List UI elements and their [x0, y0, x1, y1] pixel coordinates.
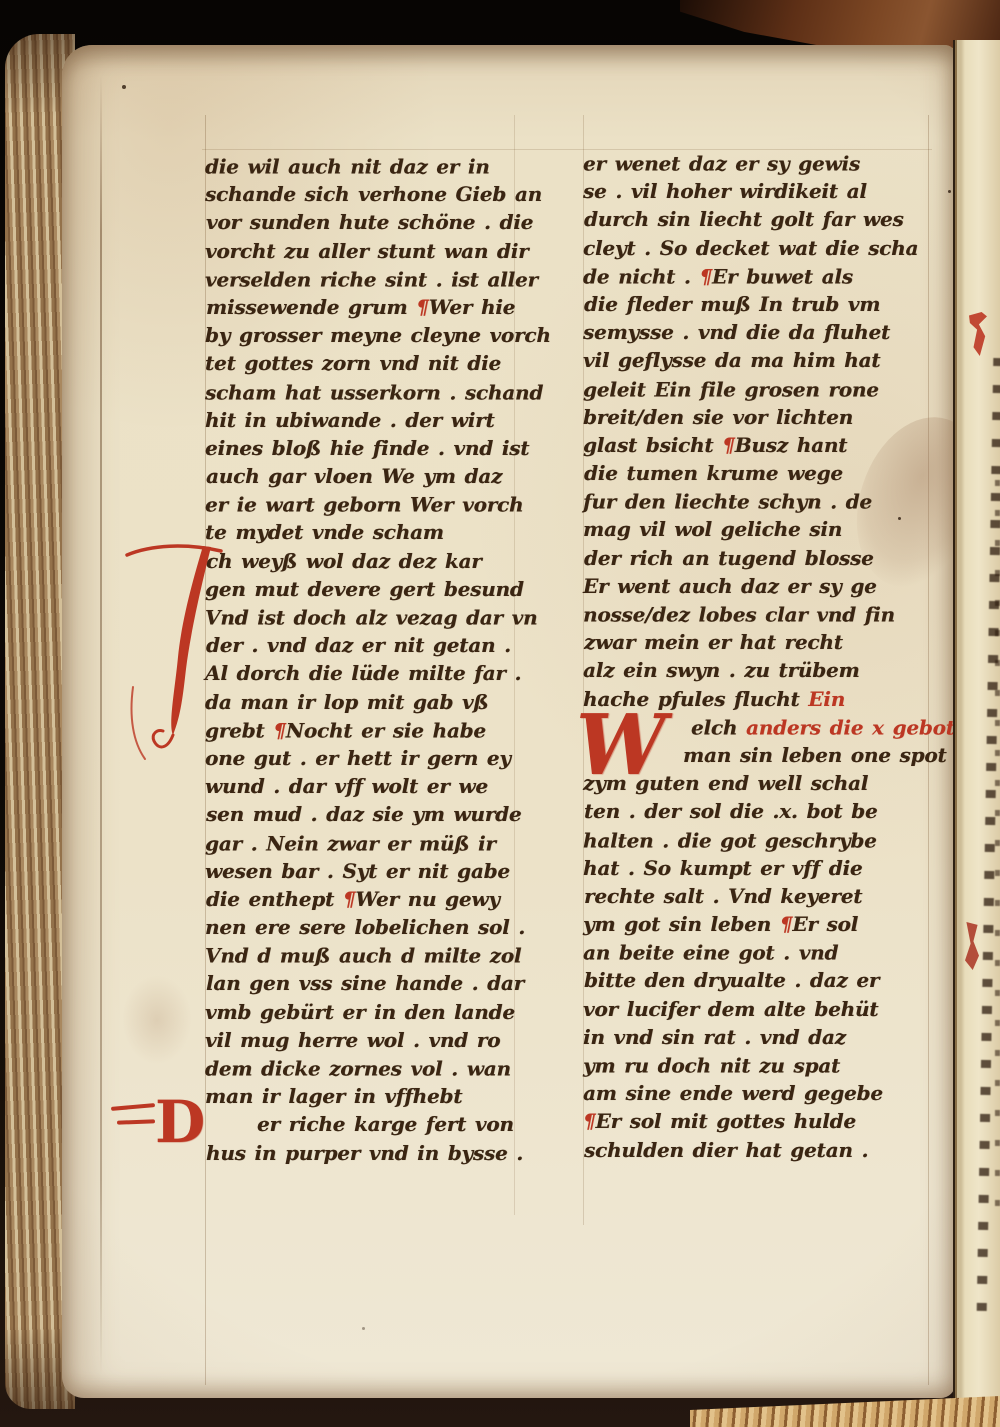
text-segment: alz ein swyn . zu trübem [583, 658, 859, 682]
left-column: die wil auch nit daz er inschande sich v… [205, 152, 535, 1167]
text-segment: Al dorch die lüde milte far . [205, 661, 521, 685]
manuscript-line: wesen bar . Syt er nit gabe [205, 857, 535, 885]
text-segment: Er went auch daz er sy ge [583, 574, 877, 598]
manuscript-line: dem dicke zornes vol . wan [205, 1055, 535, 1083]
manuscript-line: die wil auch nit daz er in [205, 153, 535, 181]
manuscript-line: ym got sin leben ¶Er sol [583, 910, 939, 938]
manuscript-line: er wenet daz er sy gewis [583, 150, 939, 178]
manuscript-line: vor sunden hute schöne . die [206, 208, 536, 236]
rubric-segment: ¶ [780, 912, 793, 936]
text-segment: zwar mein er hat recht [584, 630, 843, 654]
bleed-rubric-fragment [965, 922, 979, 970]
manuscript-line: an beite eine got . vnd [583, 939, 939, 967]
rubric-segment: ¶ [699, 264, 712, 288]
bleed-text-fragments [995, 470, 1000, 1230]
text-segment: Nocht er sie habe [286, 718, 486, 742]
manuscript-line: vil mug herre wol . vnd ro [205, 1026, 535, 1054]
text-segment: Vnd ist doch alz vezag dar vn [205, 606, 537, 630]
manuscript-line: man ir lager in vffhebt [205, 1082, 535, 1110]
next-page-edge [953, 40, 1000, 1412]
rubric-segment: ¶ [273, 718, 286, 742]
manuscript-line: te mydet vnde scham [205, 518, 535, 546]
text-segment: cleyt . So decket wat die scha [583, 236, 918, 260]
text-segment: die fleder muß In trub vm [584, 292, 880, 316]
text-segment: am sine ende werd gegebe [583, 1081, 883, 1105]
manuscript-line: de nicht . ¶Er buwet als [583, 262, 939, 290]
manuscript-line: ch weyß wol daz dez kar [206, 547, 536, 575]
bleed-rubric-fragment [969, 312, 987, 356]
manuscript-line: rechte salt . Vnd keyeret [584, 882, 940, 910]
manuscript-line: ¶Er sol mit gottes hulde [583, 1107, 939, 1135]
text-segment: der . vnd daz er nit getan . [206, 633, 511, 657]
manuscript-line: missewende grum ¶Wer hie [206, 293, 536, 321]
text-segment: wund . dar vff wolt er we [205, 774, 488, 798]
manuscript-line: Vnd d muß auch d milte zol [205, 942, 535, 970]
manuscript-line: mag vil wol geliche sin [583, 515, 939, 543]
text-segment: man ir lager in vffhebt [205, 1084, 462, 1108]
text-segment: ten . der sol die .x. bot be [584, 799, 877, 823]
manuscript-line: by grosser meyne cleyne vorch [205, 321, 535, 349]
text-segment: in vnd sin rat . vnd daz [583, 1025, 846, 1049]
manuscript-line: vil geflysse da ma him hat [583, 346, 939, 374]
text-segment: eines bloß hie finde . vnd ist [205, 436, 529, 460]
manuscript-line: schulden dier hat getan . [584, 1136, 940, 1164]
manuscript-line: nen ere sere lobelichen sol . [205, 913, 535, 941]
manuscript-line: nosse/dez lobes clar vnd fin [583, 601, 939, 629]
text-segment: hus in purper vnd in bysse . [206, 1141, 523, 1165]
text-segment: breit/den sie vor lichten [583, 405, 853, 429]
text-segment: ym got sin leben [583, 912, 780, 936]
manuscript-line: Vnd ist doch alz vezag dar vn [205, 604, 535, 632]
text-segment: wesen bar . Syt er nit gabe [205, 859, 510, 883]
text-segment: vil mug herre wol . vnd ro [205, 1028, 500, 1052]
manuscript-line: Er went auch daz er sy ge [583, 572, 939, 600]
rubric-segment: ¶ [583, 1109, 596, 1133]
manuscript-line: halten . die got geschrybe [583, 826, 939, 854]
text-segment: Wer hie [429, 295, 516, 319]
manuscript-line: am sine ende werd gegebe [583, 1079, 939, 1107]
manuscript-line: verselden riche sint . ist aller [205, 265, 535, 293]
manuscript-line: in vnd sin rat . vnd daz [583, 1023, 939, 1051]
text-segment: der rich an tugend blosse [584, 546, 874, 570]
text-segment: hit in ubiwande . der wirt [205, 408, 494, 432]
text-segment: schande sich verhone Gieb an [205, 182, 542, 206]
manuscript-line: hus in purper vnd in bysse . [206, 1139, 536, 1167]
text-segment: Er sol mit gottes hulde [596, 1109, 856, 1133]
text-segment: halten . die got geschrybe [583, 828, 877, 852]
manuscript-line: der . vnd daz er nit getan . [206, 631, 536, 659]
text-segment: an beite eine got . vnd [583, 941, 838, 965]
text-segment: de nicht . [583, 264, 699, 288]
manuscript-line: auch gar vloen We ym daz [206, 462, 536, 490]
rubric-segment: ¶ [722, 433, 735, 457]
text-segment: mag vil wol geliche sin [583, 517, 842, 541]
text-segment: ch weyß wol daz dez kar [206, 549, 482, 573]
manuscript-line: schande sich verhone Gieb an [205, 180, 535, 208]
manuscript-line: der rich an tugend blosse [584, 544, 940, 572]
manuscript-page: die wil auch nit daz er inschande sich v… [62, 45, 955, 1398]
text-segment: vil geflysse da ma him hat [583, 348, 880, 372]
manuscript-line: one gut . er hett ir gern ey [205, 744, 535, 772]
manuscript-line: eines bloß hie finde . vnd ist [205, 434, 535, 462]
text-segment: die enthept [206, 887, 343, 911]
text-segment: Er sol [792, 912, 858, 936]
manuscript-line: zwar mein er hat recht [584, 628, 940, 656]
text-segment: Wer nu gewy [355, 887, 499, 911]
text-segment: geleit Ein file grosen rone [583, 377, 879, 401]
text-segment: verselden riche sint . ist aller [205, 267, 538, 291]
manuscript-line: lan gen vss sine hande . dar [206, 969, 536, 997]
text-segment: vmb gebürt er in den lande [205, 1000, 515, 1024]
manuscript-line: Al dorch die lüde milte far . [205, 659, 535, 687]
manuscript-photo: die wil auch nit daz er inschande sich v… [0, 0, 1000, 1427]
manuscript-line: sen mud . daz sie ym wurde [206, 800, 536, 828]
text-segment: er wenet daz er sy gewis [583, 152, 860, 176]
text-segment: nosse/dez lobes clar vnd fin [583, 603, 895, 627]
rubric-initial-d: D [155, 1093, 205, 1151]
manuscript-line: vor lucifer dem alte behüt [583, 995, 939, 1023]
manuscript-line: da man ir lop mit gab vß [205, 688, 535, 716]
manuscript-line: ym ru doch nit zu spat [583, 1052, 939, 1080]
manuscript-line: die fleder muß In trub vm [584, 290, 940, 318]
manuscript-line: semysse . vnd die da fluhet [583, 318, 939, 346]
manuscript-line: vorcht zu aller stunt wan dir [205, 237, 535, 265]
text-segment: sen mud . daz sie ym wurde [206, 802, 521, 826]
text-segment: gar . Nein zwar er müß ir [205, 831, 496, 855]
text-segment: er ie wart geborn Wer vorch [205, 493, 523, 517]
text-segment: die wil auch nit daz er in [205, 155, 490, 179]
text-segment: ym ru doch nit zu spat [583, 1054, 840, 1078]
text-segment: by grosser meyne cleyne vorch [205, 323, 551, 347]
ink-speck [362, 1327, 365, 1330]
text-segment: te mydet vnde scham [205, 520, 444, 544]
text-segment: die tumen krume wege [584, 461, 843, 485]
text-segment: vor sunden hute schöne . die [206, 210, 533, 234]
text-segment: lan gen vss sine hande . dar [206, 971, 524, 995]
ink-speck [948, 190, 951, 193]
rubric-initial-i [123, 537, 233, 767]
text-segment: Vnd d muß auch d milte zol [205, 944, 521, 968]
rubric-segment: Ein [808, 687, 845, 711]
text-segment: dem dicke zornes vol . wan [205, 1057, 511, 1081]
text-segment: fur den liechte schyn . de [583, 490, 872, 514]
text-segment: one gut . er hett ir gern ey [205, 746, 511, 770]
rubric-segment: anders die x gebot [746, 715, 955, 739]
text-segment: vorcht zu aller stunt wan dir [205, 239, 528, 263]
parchment-stain [122, 975, 192, 1065]
manuscript-line: gen mut devere gert besund [205, 575, 535, 603]
text-segment: man sin leben one spot [683, 743, 947, 767]
text-segment: scham hat usserkorn . schand [205, 380, 543, 404]
gutter-crease [100, 75, 102, 1375]
manuscript-line: hit in ubiwande . der wirt [205, 406, 535, 434]
manuscript-line: tet gottes zorn vnd nit die [205, 349, 535, 377]
manuscript-line: die tumen krume wege [584, 459, 940, 487]
text-segment: elch [691, 715, 746, 739]
manuscript-line: fur den liechte schyn . de [583, 488, 939, 516]
manuscript-line: wund . dar vff wolt er we [205, 772, 535, 800]
text-segment: Busz hant [735, 433, 848, 457]
manuscript-line: alz ein swyn . zu trübem [583, 656, 939, 684]
manuscript-line: hat . So kumpt er vff die [583, 854, 939, 882]
manuscript-line: geleit Ein file grosen rone [583, 375, 939, 403]
text-segment: vor lucifer dem alte behüt [583, 997, 878, 1021]
manuscript-line: er ie wart geborn Wer vorch [205, 491, 535, 519]
text-segment: missewende grum [206, 295, 416, 319]
text-segment: er riche karge fert von [257, 1112, 514, 1136]
text-segment: tet gottes zorn vnd nit die [205, 351, 501, 375]
text-segment: schulden dier hat getan . [584, 1138, 868, 1162]
text-segment: Er buwet als [712, 264, 853, 288]
text-segment: da man ir lop mit gab vß [205, 690, 488, 714]
manuscript-line: glast bsicht ¶Busz hant [583, 431, 939, 459]
manuscript-line: cleyt . So decket wat die scha [583, 234, 939, 262]
text-segment: glast bsicht [583, 433, 722, 457]
text-segment: durch sin liecht golt far wes [584, 207, 904, 231]
rubric-segment: ¶ [416, 295, 429, 319]
manuscript-line: vmb gebürt er in den lande [205, 998, 535, 1026]
text-segment: bitte den dryualte . daz er [584, 968, 879, 992]
ink-speck [122, 85, 126, 89]
manuscript-line: grebt ¶Nocht er sie habe [205, 716, 535, 744]
manuscript-line: die enthept ¶Wer nu gewy [206, 885, 536, 913]
manuscript-line: se . vil hoher wirdikeit al [583, 177, 939, 205]
manuscript-line: bitte den dryualte . daz er [584, 966, 940, 994]
manuscript-line: breit/den sie vor lichten [583, 403, 939, 431]
text-segment: hat . So kumpt er vff die [583, 856, 862, 880]
right-column: er wenet daz er sy gewisse . vil hoher w… [583, 149, 939, 1164]
text-segment: gen mut devere gert besund [205, 577, 524, 601]
fore-edge-pages [690, 1396, 1000, 1427]
text-segment: se . vil hoher wirdikeit al [583, 179, 867, 203]
manuscript-line: durch sin liecht golt far wes [584, 205, 940, 233]
manuscript-line: er riche karge fert von [205, 1110, 535, 1138]
rubric-initial-w: W [576, 703, 666, 786]
text-segment: semysse . vnd die da fluhet [583, 320, 890, 344]
manuscript-line: scham hat usserkorn . schand [205, 378, 535, 406]
rubric-segment: ¶ [343, 887, 356, 911]
text-segment: auch gar vloen We ym daz [206, 464, 502, 488]
text-segment: nen ere sere lobelichen sol . [205, 915, 525, 939]
manuscript-line: gar . Nein zwar er müß ir [205, 829, 535, 857]
text-segment: rechte salt . Vnd keyeret [584, 884, 862, 908]
manuscript-line: ten . der sol die .x. bot be [584, 797, 940, 825]
